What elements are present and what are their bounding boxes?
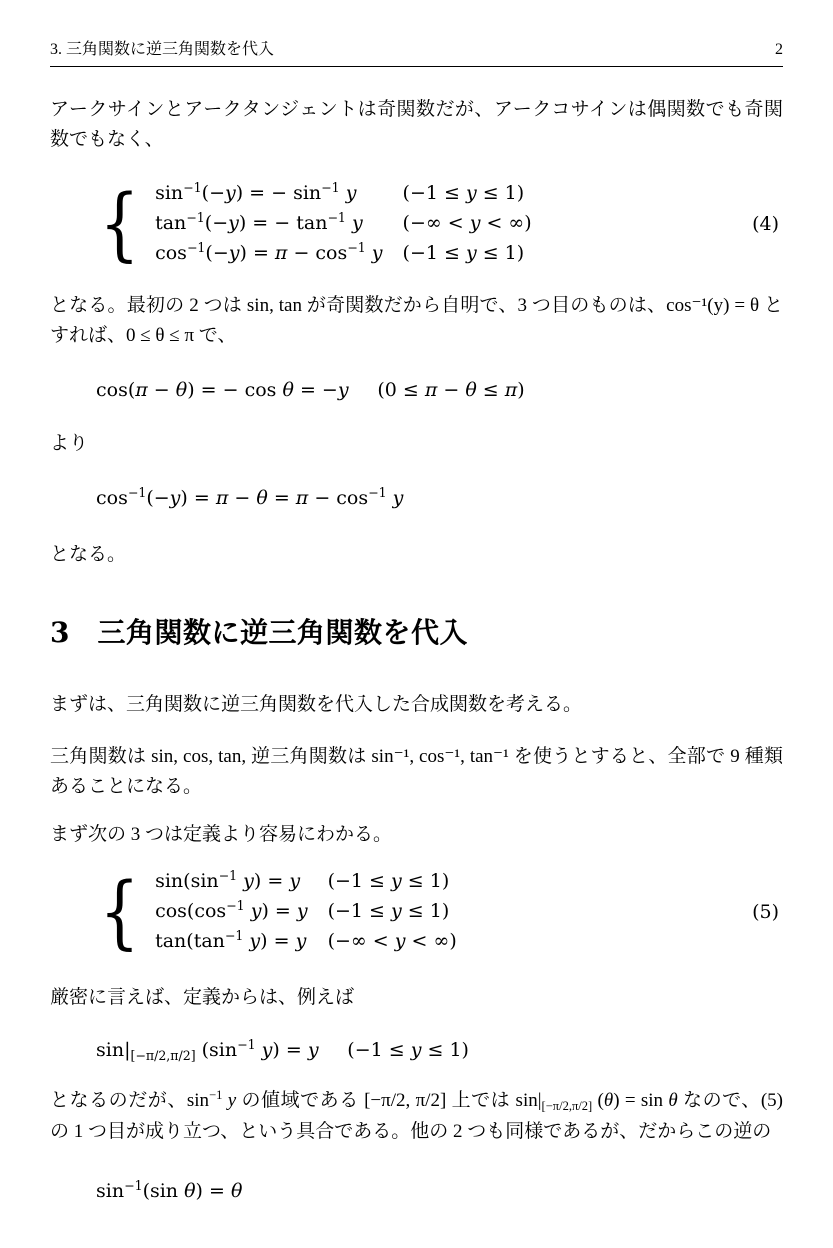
paragraph-nine-kinds: 三角関数は sin, cos, tan, 逆三角関数は sin⁻¹, cos⁻¹… [50, 742, 783, 802]
page-number: 2 [775, 40, 783, 60]
paragraph-strictly-speaking: 厳密に言えば、定義からは、例えば [50, 983, 783, 1013]
equation-condition: (−1 ≤ y ≤ 1) [403, 239, 532, 269]
equation-formula: tan−1(−y) = − tan−1 y [155, 209, 382, 239]
equation-formula: sin−1(sin θ) = θ [96, 1180, 242, 1202]
equation-number-5: (5) [752, 901, 779, 923]
paragraph-tonaru: となる。 [50, 540, 783, 570]
equation-number-4: (4) [752, 213, 779, 235]
running-header: 3. 三角関数に逆三角関数を代入 2 [50, 40, 783, 60]
equation-formula: cos(π − θ) = − cos θ = −y [96, 379, 349, 401]
paragraph-three-from-definition: まず次の 3 つは定義より容易にわかる。 [50, 820, 783, 850]
equation-condition: (−∞ < y < ∞) [328, 927, 457, 957]
paragraph-range-explanation: となるのだが、sin−1 y の値域である [−π/2, π/2] 上では si… [50, 1086, 783, 1147]
running-header-title: 3. 三角関数に逆三角関数を代入 [50, 40, 274, 60]
section-number: 3 [50, 614, 69, 652]
equation-block-4: { sin−1(−y) = − sin−1 y (−1 ≤ y ≤ 1) tan… [96, 179, 783, 269]
equation-sin-restricted: sin|[−π/2,π/2] (sin−1 y) = y (−1 ≤ y ≤ 1… [96, 1036, 783, 1066]
equation-condition: (−1 ≤ y ≤ 1) [328, 897, 457, 927]
section-title: 三角関数に逆三角関数を代入 [97, 614, 468, 652]
paragraph-yori: より [50, 429, 783, 459]
equation-formula: sin|[−π/2,π/2] (sin−1 y) = y [96, 1039, 319, 1061]
paragraph-first-two-obvious: となる。最初の 2 つは sin, tan が奇関数だから自明で、3 つ目のもの… [50, 291, 783, 351]
header-rule [50, 66, 783, 67]
equation-condition: (−1 ≤ y ≤ 1) [347, 1039, 469, 1061]
equation-4-rows: sin−1(−y) = − sin−1 y (−1 ≤ y ≤ 1) tan−1… [155, 179, 532, 269]
paragraph-composite-intro: まずは、三角関数に逆三角関数を代入した合成関数を考える。 [50, 690, 783, 720]
equation-block-5: { sin(sin−1 y) = y (−1 ≤ y ≤ 1) cos(cos−… [96, 867, 783, 957]
equation-formula: cos(cos−1 y) = y [155, 897, 308, 927]
equation-condition: (−1 ≤ y ≤ 1) [403, 179, 532, 209]
equation-condition: (−1 ≤ y ≤ 1) [328, 867, 457, 897]
equation-formula: sin(sin−1 y) = y [155, 867, 308, 897]
equation-condition: (0 ≤ π − θ ≤ π) [377, 379, 524, 401]
document-page: 3. 三角関数に逆三角関数を代入 2 アークサインとアークタンジェントは奇関数だ… [0, 0, 833, 1248]
equation-formula: tan(tan−1 y) = y [155, 927, 308, 957]
equation-5-rows: sin(sin−1 y) = y (−1 ≤ y ≤ 1) cos(cos−1 … [155, 867, 457, 957]
equation-formula: sin−1(−y) = − sin−1 y [155, 179, 382, 209]
section-heading: 3 三角関数に逆三角関数を代入 [50, 614, 783, 652]
equation-arccos-identity: cos−1(−y) = π − θ = π − cos−1 y [96, 484, 783, 514]
paragraph-odd-even-functions: アークサインとアークタンジェントは奇関数だが、アークコサインは偶関数でも奇関数で… [50, 95, 783, 155]
equation-formula: cos−1(−y) = π − cos−1 y [155, 239, 382, 269]
equation-arcsin-sin-theta: sin−1(sin θ) = θ [96, 1177, 783, 1207]
equation-formula: cos−1(−y) = π − θ = π − cos−1 y [96, 487, 403, 509]
equation-condition: (−∞ < y < ∞) [403, 209, 532, 239]
equation-cos-pi-minus-theta: cos(π − θ) = − cos θ = −y (0 ≤ π − θ ≤ π… [96, 376, 783, 405]
